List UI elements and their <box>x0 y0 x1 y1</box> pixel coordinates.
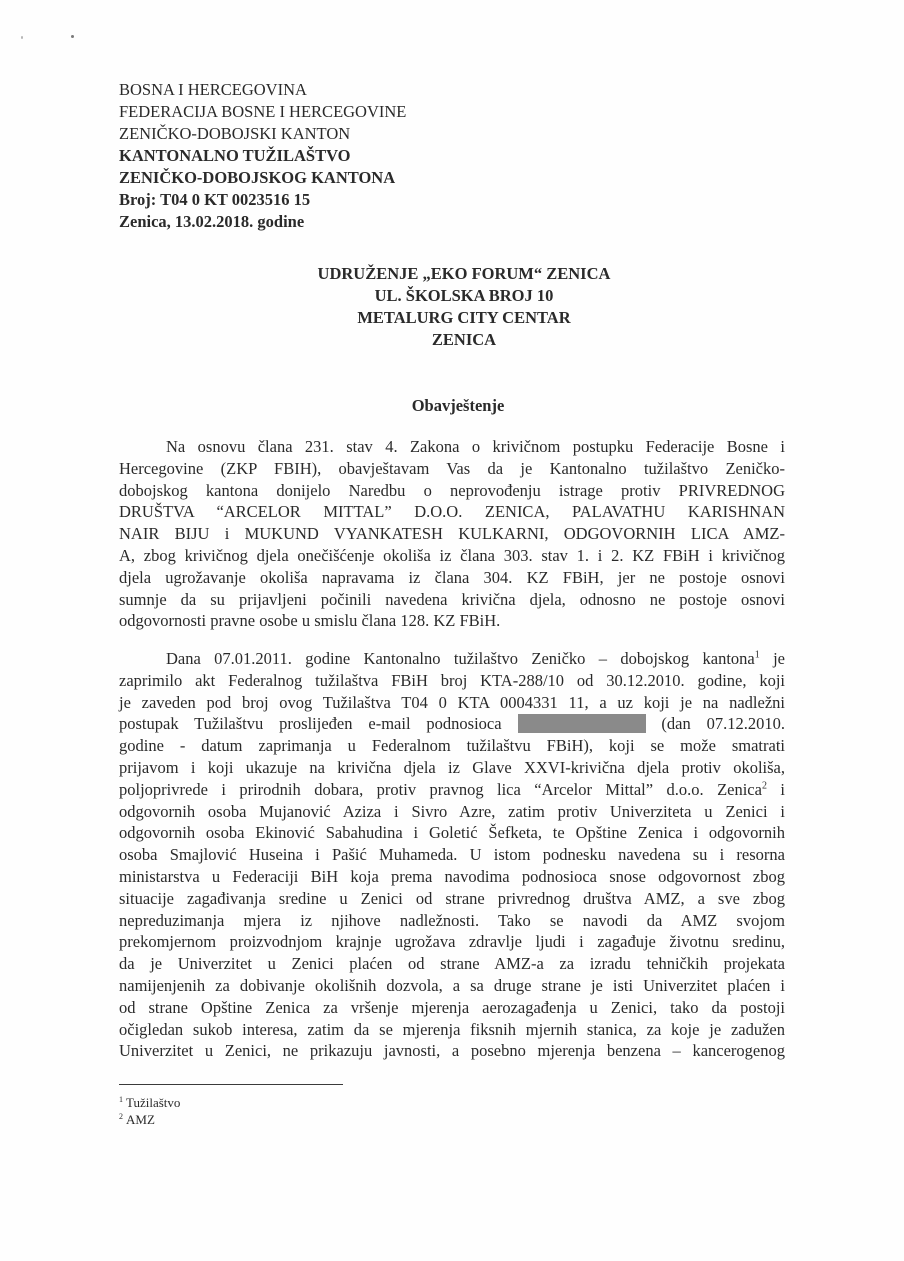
text-segment: je <box>760 649 785 668</box>
header-line-federation: FEDERACIJA BOSNE I HERCEGOVINE <box>119 101 406 123</box>
text-line: djela ugrožavanje okoliša napravama iz č… <box>119 567 785 589</box>
text-line: DRUŠTVA “ARCELOR MITTAL” D.O.O. ZENICA, … <box>119 501 785 523</box>
text-segment: (dan 07.12.2010. <box>661 714 785 733</box>
recipient-street: UL. ŠKOLSKA BROJ 10 <box>0 285 904 307</box>
paragraph-2: Dana 07.01.2011. godine Kantonalno tužil… <box>119 648 785 1062</box>
sender-header: BOSNA I HERCEGOVINA FEDERACIJA BOSNE I H… <box>119 79 406 233</box>
text-line: godine - datum zaprimanja u Federalnom t… <box>119 735 785 757</box>
text-line: Dana 07.01.2011. godine Kantonalno tužil… <box>119 648 785 670</box>
footnote-1: 1Tužilaštvo <box>119 1094 180 1111</box>
footnote-mark: 1 <box>119 1095 123 1104</box>
text-line: očigledan sukob interesa, zatim da se mj… <box>119 1019 785 1041</box>
header-line-office-canton: ZENIČKO-DOBOJSKOG KANTONA <box>119 167 406 189</box>
footnote-mark: 2 <box>119 1112 123 1121</box>
text-line: odgovornosti pravne osobe u smislu člana… <box>119 610 785 632</box>
header-line-canton: ZENIČKO-DOBOJSKI KANTON <box>119 123 406 145</box>
redaction-box <box>518 714 646 733</box>
text-line: A, zbog krivičnog djela onečišćenje okol… <box>119 545 785 567</box>
document-date: Zenica, 13.02.2018. godine <box>119 211 406 233</box>
text-line: nepreduzimanja mjera iz njihove nadležno… <box>119 910 785 932</box>
text-line: dobojskog kantona donijelo Naredbu o nep… <box>119 480 785 502</box>
text-segment: poljoprivrede i prirodnih dobara, protiv… <box>119 780 762 799</box>
header-line-office: KANTONALNO TUŽILAŠTVO <box>119 145 406 167</box>
text-line: da je Univerzitet u Zenici plaćen od str… <box>119 953 785 975</box>
text-line: namijenjenih za dobivanje okolišnih dozv… <box>119 975 785 997</box>
document-page: BOSNA I HERCEGOVINA FEDERACIJA BOSNE I H… <box>0 0 904 1261</box>
recipient-building: METALURG CITY CENTAR <box>0 307 904 329</box>
text-segment: Dana 07.01.2011. godine Kantonalno tužil… <box>166 649 755 668</box>
text-line: od strane Opštine Zenica za vršenje mjer… <box>119 997 785 1019</box>
text-line: odgovornih osoba Ekinović Sabahudina i G… <box>119 822 785 844</box>
text-line: odgovornih osoba Mujanović Aziza i Sivro… <box>119 801 785 823</box>
recipient-name: UDRUŽENJE „EKO FORUM“ ZENICA <box>0 263 904 285</box>
text-line: je zaveden pod broj ovog Tužilaštva T04 … <box>119 692 785 714</box>
recipient-address: UDRUŽENJE „EKO FORUM“ ZENICA UL. ŠKOLSKA… <box>0 263 904 351</box>
paragraph-1: Na osnovu člana 231. stav 4. Zakona o kr… <box>119 436 785 632</box>
text-line: poljoprivrede i prirodnih dobara, protiv… <box>119 779 785 801</box>
text-line: ministarstva u Federaciji BiH koja prema… <box>119 866 785 888</box>
text-line: osoba Smajlović Huseina i Pašić Muhameda… <box>119 844 785 866</box>
text-line: Univerzitet u Zenici, ne prikazuju javno… <box>119 1040 785 1062</box>
header-line-country: BOSNA I HERCEGOVINA <box>119 79 406 101</box>
text-line: zaprimilo akt Federalnog tužilaštva FBiH… <box>119 670 785 692</box>
text-line: Hercegovine (ZKP FBIH), obavještavam Vas… <box>119 458 785 480</box>
footnotes: 1Tužilaštvo 2AMZ <box>119 1094 180 1128</box>
text-segment: postupak Tužilaštvu proslijeđen e-mail p… <box>119 714 502 733</box>
text-line: prijavom i koji ukazuje na krivična djel… <box>119 757 785 779</box>
text-line: sumnje da su prijavljeni počinili navede… <box>119 589 785 611</box>
document-title: Obavještenje <box>0 396 904 416</box>
footnote-text: Tužilaštvo <box>126 1095 180 1110</box>
text-line: Na osnovu člana 231. stav 4. Zakona o kr… <box>119 436 785 458</box>
footnote-2: 2AMZ <box>119 1111 180 1128</box>
text-line: NAIR BIJU i MUKUND VYANKATESH KULKARNI, … <box>119 523 785 545</box>
recipient-city: ZENICA <box>0 329 904 351</box>
text-line: prekomjernom proizvodnjom krajnje ugroža… <box>119 931 785 953</box>
case-number: Broj: T04 0 KT 0023516 15 <box>119 189 406 211</box>
text-line: situacije zagađivanja sredine u Zenici o… <box>119 888 785 910</box>
text-line: postupak Tužilaštvu proslijeđen e-mail p… <box>119 713 785 735</box>
scan-speck <box>71 35 74 38</box>
footnote-text: AMZ <box>126 1112 155 1127</box>
text-segment: i <box>767 780 785 799</box>
footnote-divider <box>119 1084 343 1085</box>
scan-speck <box>21 36 23 39</box>
